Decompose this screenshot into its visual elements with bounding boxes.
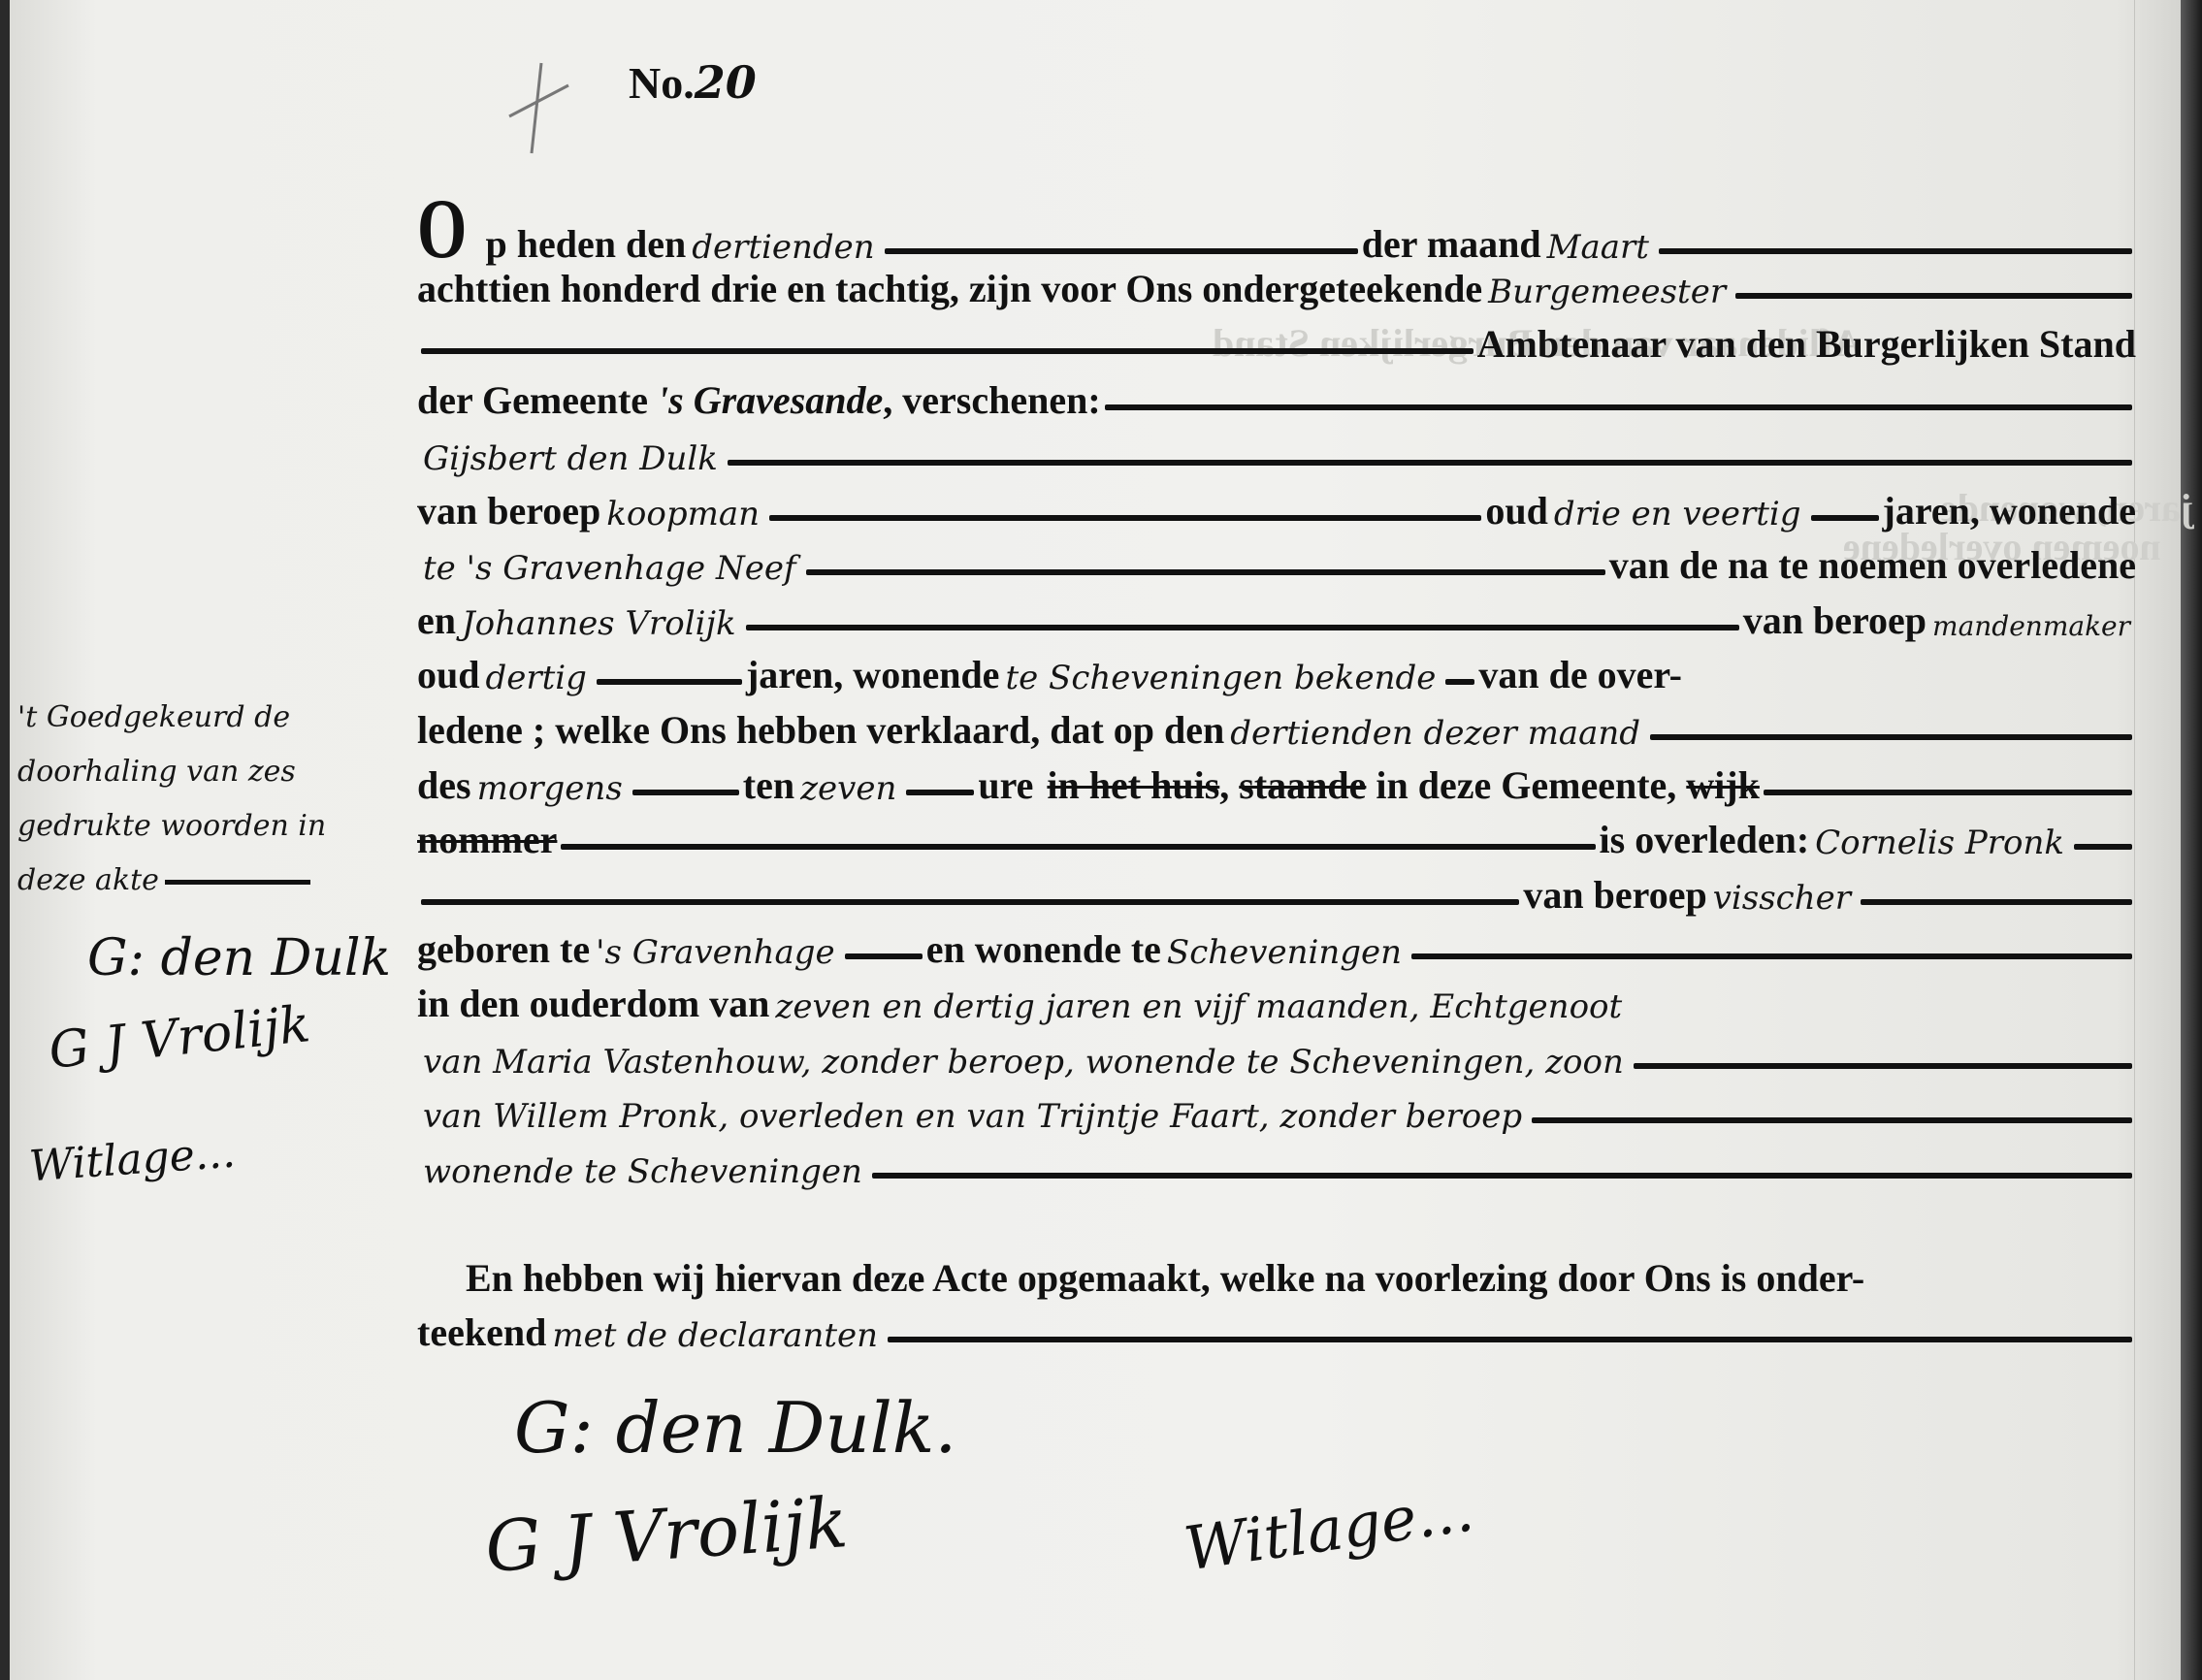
- line-birthplace: geboren te 's Gravenhage en wonende te S…: [417, 911, 2136, 969]
- printed-text: van beroep: [1743, 601, 1927, 640]
- fill-rule: [845, 953, 923, 959]
- line-declarant-2: en Johannes Vrolijk van beroep mandenmak…: [417, 582, 2136, 640]
- printed-text: ure: [978, 766, 1033, 805]
- handwritten-birthplace: 's Gravenhage: [590, 936, 841, 969]
- handwritten-parents: van Willem Pronk, overleden en van Trijn…: [417, 1100, 1528, 1133]
- fill-rule: [2074, 844, 2132, 850]
- scan-edge-left: [0, 0, 10, 1680]
- line-declarant-1: Gijsbert den Dulk: [417, 417, 2136, 475]
- handwritten-official: Burgemeester: [1482, 275, 1732, 308]
- fill-rule: [728, 460, 2132, 466]
- record-number: No.20: [629, 56, 757, 109]
- fill-rule: [421, 899, 1519, 905]
- printed-text: van beroep: [417, 492, 600, 531]
- printed-text: van beroep: [1523, 876, 1706, 915]
- fill-rule: [1735, 293, 2132, 299]
- line-signed: teekend met de declaranten: [417, 1294, 2136, 1352]
- municipality-name: 's Gravesande: [658, 381, 883, 420]
- number-value: 20: [695, 56, 757, 109]
- printed-text: in den ouderdom van: [417, 985, 769, 1023]
- pencil-cross-mark: [504, 58, 572, 155]
- printed-text: van de over-: [1478, 656, 1682, 695]
- printed-text: Ambtenaar van den Burgerlijken Stand: [1477, 325, 2136, 364]
- line-declaration: ledene ; welke Ons hebben verklaard, dat…: [417, 692, 2136, 750]
- handwritten-residence: te Scheveningen bekende: [999, 662, 1441, 695]
- handwritten-time-of-day: morgens: [471, 772, 629, 805]
- handwritten-age: dertig: [480, 662, 593, 695]
- printed-text: oud: [1485, 492, 1548, 531]
- fill-rule: [1861, 899, 2132, 905]
- handwritten-residence: wonende te Scheveningen: [417, 1155, 868, 1188]
- fill-rule: [769, 515, 1481, 521]
- handwritten-declarant-name: Gijsbert den Dulk: [417, 442, 724, 475]
- fill-rule: [165, 880, 310, 885]
- struck-text: nommer: [417, 821, 557, 859]
- fill-rule: [561, 844, 1595, 850]
- printed-text: in deze Gemeente,: [1376, 766, 1676, 805]
- printed-text: is overleden:: [1600, 821, 1810, 859]
- margin-approval-note: 't Goedgekeurd de doorhaling van zes ged…: [17, 691, 396, 908]
- handwritten-occupation: visscher: [1707, 882, 1857, 915]
- struck-text: staande: [1239, 766, 1366, 805]
- fill-rule: [1411, 953, 2132, 959]
- margin-note-line: gedrukte woorden in: [17, 799, 396, 854]
- line-gemeente: der Gemeente 's Gravesande , verschenen:: [417, 362, 2136, 420]
- margin-note-line: doorhaling van zes: [17, 745, 396, 799]
- line-ambtenaar: Ambtenaar van den Burgerlijken Stand: [417, 306, 2136, 364]
- printed-text: van de na te noemen overledene: [1609, 546, 2136, 585]
- printed-text: en wonende te: [926, 930, 1161, 969]
- fill-rule: [1811, 515, 1879, 521]
- handwritten-signed-with: met de declaranten: [546, 1319, 884, 1352]
- line-spouse: van Maria Vastenhouw, zonder beroep, won…: [417, 1020, 2136, 1079]
- printed-text: , verschenen:: [883, 381, 1100, 420]
- printed-text: ledene ; welke Ons hebben verklaard, dat…: [417, 711, 1224, 750]
- line-declarant-1-residence: te 's Gravenhage Neef van de na te noeme…: [417, 527, 2136, 585]
- fill-rule: [872, 1173, 2132, 1179]
- printed-text: achttien honderd drie en tachtig, zijn v…: [417, 270, 1482, 308]
- scan-edge-right: [2181, 0, 2202, 1680]
- handwritten-spouse-details: van Maria Vastenhouw, zonder beroep, won…: [417, 1046, 1630, 1079]
- printed-text: En hebben wij hiervan deze Acte opgemaak…: [466, 1259, 1864, 1298]
- fill-rule: [597, 679, 742, 685]
- line-deceased: nommer is overleden: Cornelis Pronk: [417, 801, 2136, 859]
- handwritten-residence: Scheveningen: [1161, 936, 1408, 969]
- signature-den-dulk-margin: G: den Dulk: [87, 929, 391, 987]
- line-closing: En hebben wij hiervan deze Acte opgemaak…: [417, 1240, 2136, 1298]
- printed-text: teekend: [417, 1313, 546, 1352]
- printed-text: oud: [417, 656, 480, 695]
- fill-rule: [806, 569, 1605, 575]
- line-declarant-1-details: van beroep koopman oud drie en veertig j…: [417, 472, 2136, 531]
- fill-rule: [746, 625, 1739, 630]
- fill-rule: [1634, 1063, 2132, 1069]
- handwritten-deceased-name: Cornelis Pronk: [1809, 826, 2070, 859]
- printed-text: jaren, wonende: [1883, 492, 2136, 531]
- line-time-place: des morgens ten zeven ure in het huis , …: [417, 747, 2136, 805]
- signature-den-dulk: G: den Dulk.: [514, 1387, 956, 1469]
- number-label: No.: [629, 58, 695, 108]
- handwritten-hour: zeven: [794, 772, 902, 805]
- printed-text: jaren, wonende: [746, 656, 999, 695]
- handwritten-age: drie en veertig: [1548, 498, 1807, 531]
- printed-text: ten: [743, 766, 794, 805]
- line-age: in den ouderdom van zeven en dertig jare…: [417, 965, 2136, 1023]
- fill-rule: [1650, 734, 2132, 740]
- line-parents-residence: wonende te Scheveningen: [417, 1130, 2136, 1188]
- printed-text: der Gemeente: [417, 381, 648, 420]
- fill-rule: [1532, 1117, 2132, 1123]
- margin-note-line: 't Goedgekeurd de: [17, 691, 396, 745]
- struck-text: in het huis: [1047, 766, 1219, 805]
- handwritten-death-date: dertienden dezer maand: [1224, 717, 1646, 750]
- fill-rule: [1764, 790, 2132, 795]
- fill-rule: [632, 790, 739, 795]
- fill-rule: [888, 1337, 2132, 1342]
- struck-text: wijk: [1686, 766, 1760, 805]
- line-year: achttien honderd drie en tachtig, zijn v…: [417, 250, 2136, 308]
- printed-text: des: [417, 766, 471, 805]
- line-declarant-2-details: oud dertig jaren, wonende te Scheveninge…: [417, 636, 2136, 695]
- printed-text: ,: [1219, 766, 1229, 805]
- handwritten-residence: te 's Gravenhage Neef: [417, 552, 802, 585]
- margin-note-line: deze akte: [17, 863, 159, 897]
- printed-text: en: [417, 601, 456, 640]
- line-deceased-occupation: van beroep visscher: [417, 856, 2136, 915]
- handwritten-age-spouse: zeven en dertig jaren en vijf maanden, E…: [769, 990, 1628, 1023]
- fill-rule: [421, 348, 1473, 354]
- fill-rule: [906, 790, 974, 795]
- fill-rule: [1445, 679, 1474, 685]
- handwritten-declarant-name: Johannes Vrolijk: [456, 607, 742, 640]
- handwritten-occupation: koopman: [600, 498, 765, 531]
- printed-text: geboren te: [417, 930, 590, 969]
- line-parents: van Willem Pronk, overleden en van Trijn…: [417, 1075, 2136, 1133]
- fill-rule: [1105, 404, 2132, 410]
